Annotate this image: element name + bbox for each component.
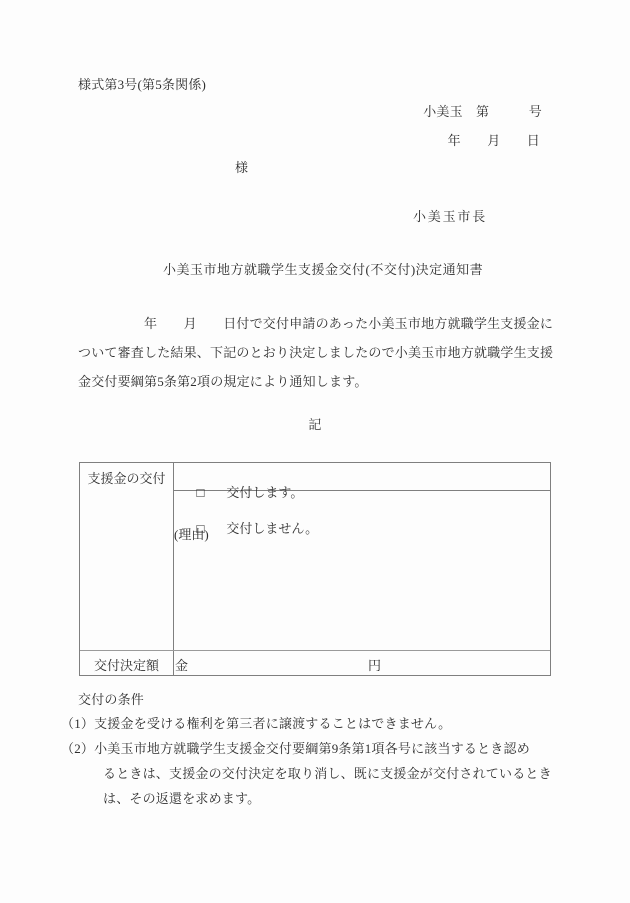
reason-label: (理由) (174, 527, 209, 543)
amount-row-label: 交付決定額 (80, 658, 173, 674)
body-paragraph-line-2: ついて審査した結果、下記のとおり決定しましたので小美玉市地方就職学生支援 (78, 345, 553, 361)
conditions-heading: 交付の条件 (78, 692, 144, 708)
form-number-label: 様式第3号(第5条関係) (78, 77, 206, 93)
condition-item-2-line-3: は、その返還を求めます。 (103, 791, 260, 807)
condition-item-2-line-2: るときは、支援金の交付決定を取り消し、既に支援金が交付されているとき (103, 766, 552, 782)
section-marker-ki: 記 (0, 417, 630, 433)
deny-label: 交付しません。 (226, 521, 318, 536)
body-paragraph-line-3: 金交付要綱第5条第2項の規定により通知します。 (78, 374, 368, 390)
amount-prefix-label: 金 (175, 658, 188, 674)
decision-table: 支援金の交付 □交付します。 □交付しません。 (理由) 交付決定額 金 円 (79, 462, 551, 676)
approve-label: 交付します。 (226, 485, 303, 500)
condition-item-1: （1）支援金を受ける権利を第三者に譲渡することはできません。 (61, 716, 451, 732)
approve-checkbox[interactable]: □ (197, 485, 205, 501)
grant-row-label: 支援金の交付 (80, 471, 173, 487)
body-paragraph-line-1: 年 月 日付で交付申請のあった小美玉市地方就職学生支援金に (78, 316, 553, 332)
document-title: 小美玉市地方就職学生支援金交付(不交付)決定通知書 (163, 262, 483, 278)
table-column-divider (173, 463, 174, 675)
amount-unit-label: 円 (368, 658, 381, 674)
condition-item-2-line-1: （2）小美玉市地方就職学生支援金交付要綱第9条第1項各号に該当するとき認め (61, 741, 530, 757)
date-line: 年 月 日 (448, 133, 540, 149)
addressee-honorific: 様 (235, 160, 248, 176)
table-row3-divider (80, 650, 550, 651)
document-page: 様式第3号(第5条関係) 小美玉 第 号 年 月 日 様 小美玉市長 小美玉市地… (0, 0, 630, 903)
sender-name: 小美玉市長 (413, 209, 487, 225)
doc-number-line: 小美玉 第 号 (423, 104, 542, 120)
